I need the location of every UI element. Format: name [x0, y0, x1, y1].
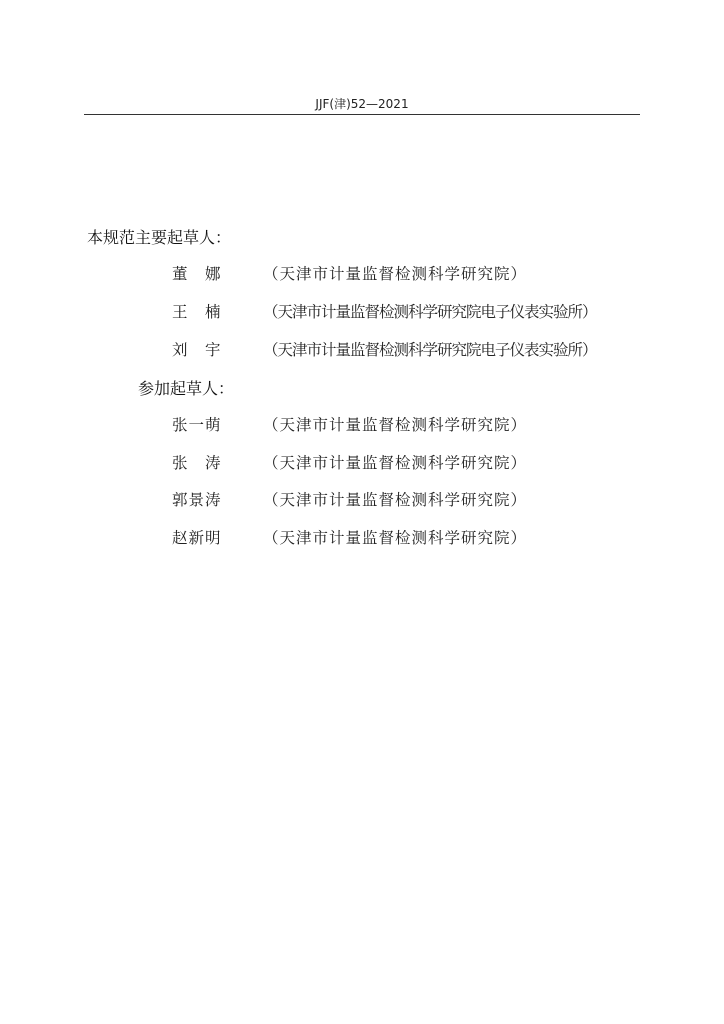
drafter-name: 刘 宇 — [172, 338, 222, 360]
drafter-row: 张 涛 （天津市计量监督检测科学研究院） — [0, 451, 724, 473]
drafter-org: （天津市计量监督检测科学研究院） — [263, 451, 527, 473]
drafter-org: （天津市计量监督检测科学研究院电子仪表实验所） — [263, 300, 597, 322]
drafter-org: （天津市计量监督检测科学研究院） — [263, 526, 527, 548]
drafter-name: 张 涛 — [172, 451, 222, 473]
drafter-org: （天津市计量监督检测科学研究院） — [263, 262, 527, 284]
drafter-name: 董 娜 — [172, 262, 222, 284]
drafter-row: 刘 宇 （天津市计量监督检测科学研究院电子仪表实验所） — [0, 338, 724, 360]
drafter-name: 郭景涛 — [172, 488, 222, 510]
drafter-row: 赵新明 （天津市计量监督检测科学研究院） — [0, 526, 724, 548]
participating-drafters-heading: 参加起草人： — [138, 376, 234, 399]
drafter-row: 董 娜 （天津市计量监督检测科学研究院） — [0, 262, 724, 284]
drafter-org: （天津市计量监督检测科学研究院） — [263, 488, 527, 510]
drafter-name: 赵新明 — [172, 526, 222, 548]
main-drafters-heading: 本规范主要起草人： — [87, 225, 231, 248]
drafter-row: 郭景涛 （天津市计量监督检测科学研究院） — [0, 488, 724, 510]
drafter-org: （天津市计量监督检测科学研究院电子仪表实验所） — [263, 338, 597, 360]
header-divider — [84, 114, 640, 115]
drafter-row: 张一萌 （天津市计量监督检测科学研究院） — [0, 413, 724, 435]
drafter-row: 王 楠 （天津市计量监督检测科学研究院电子仪表实验所） — [0, 300, 724, 322]
drafter-name: 王 楠 — [172, 300, 222, 322]
drafter-name: 张一萌 — [172, 413, 222, 435]
drafter-org: （天津市计量监督检测科学研究院） — [263, 413, 527, 435]
standard-code: JJF(津)52—2021 — [0, 95, 724, 112]
